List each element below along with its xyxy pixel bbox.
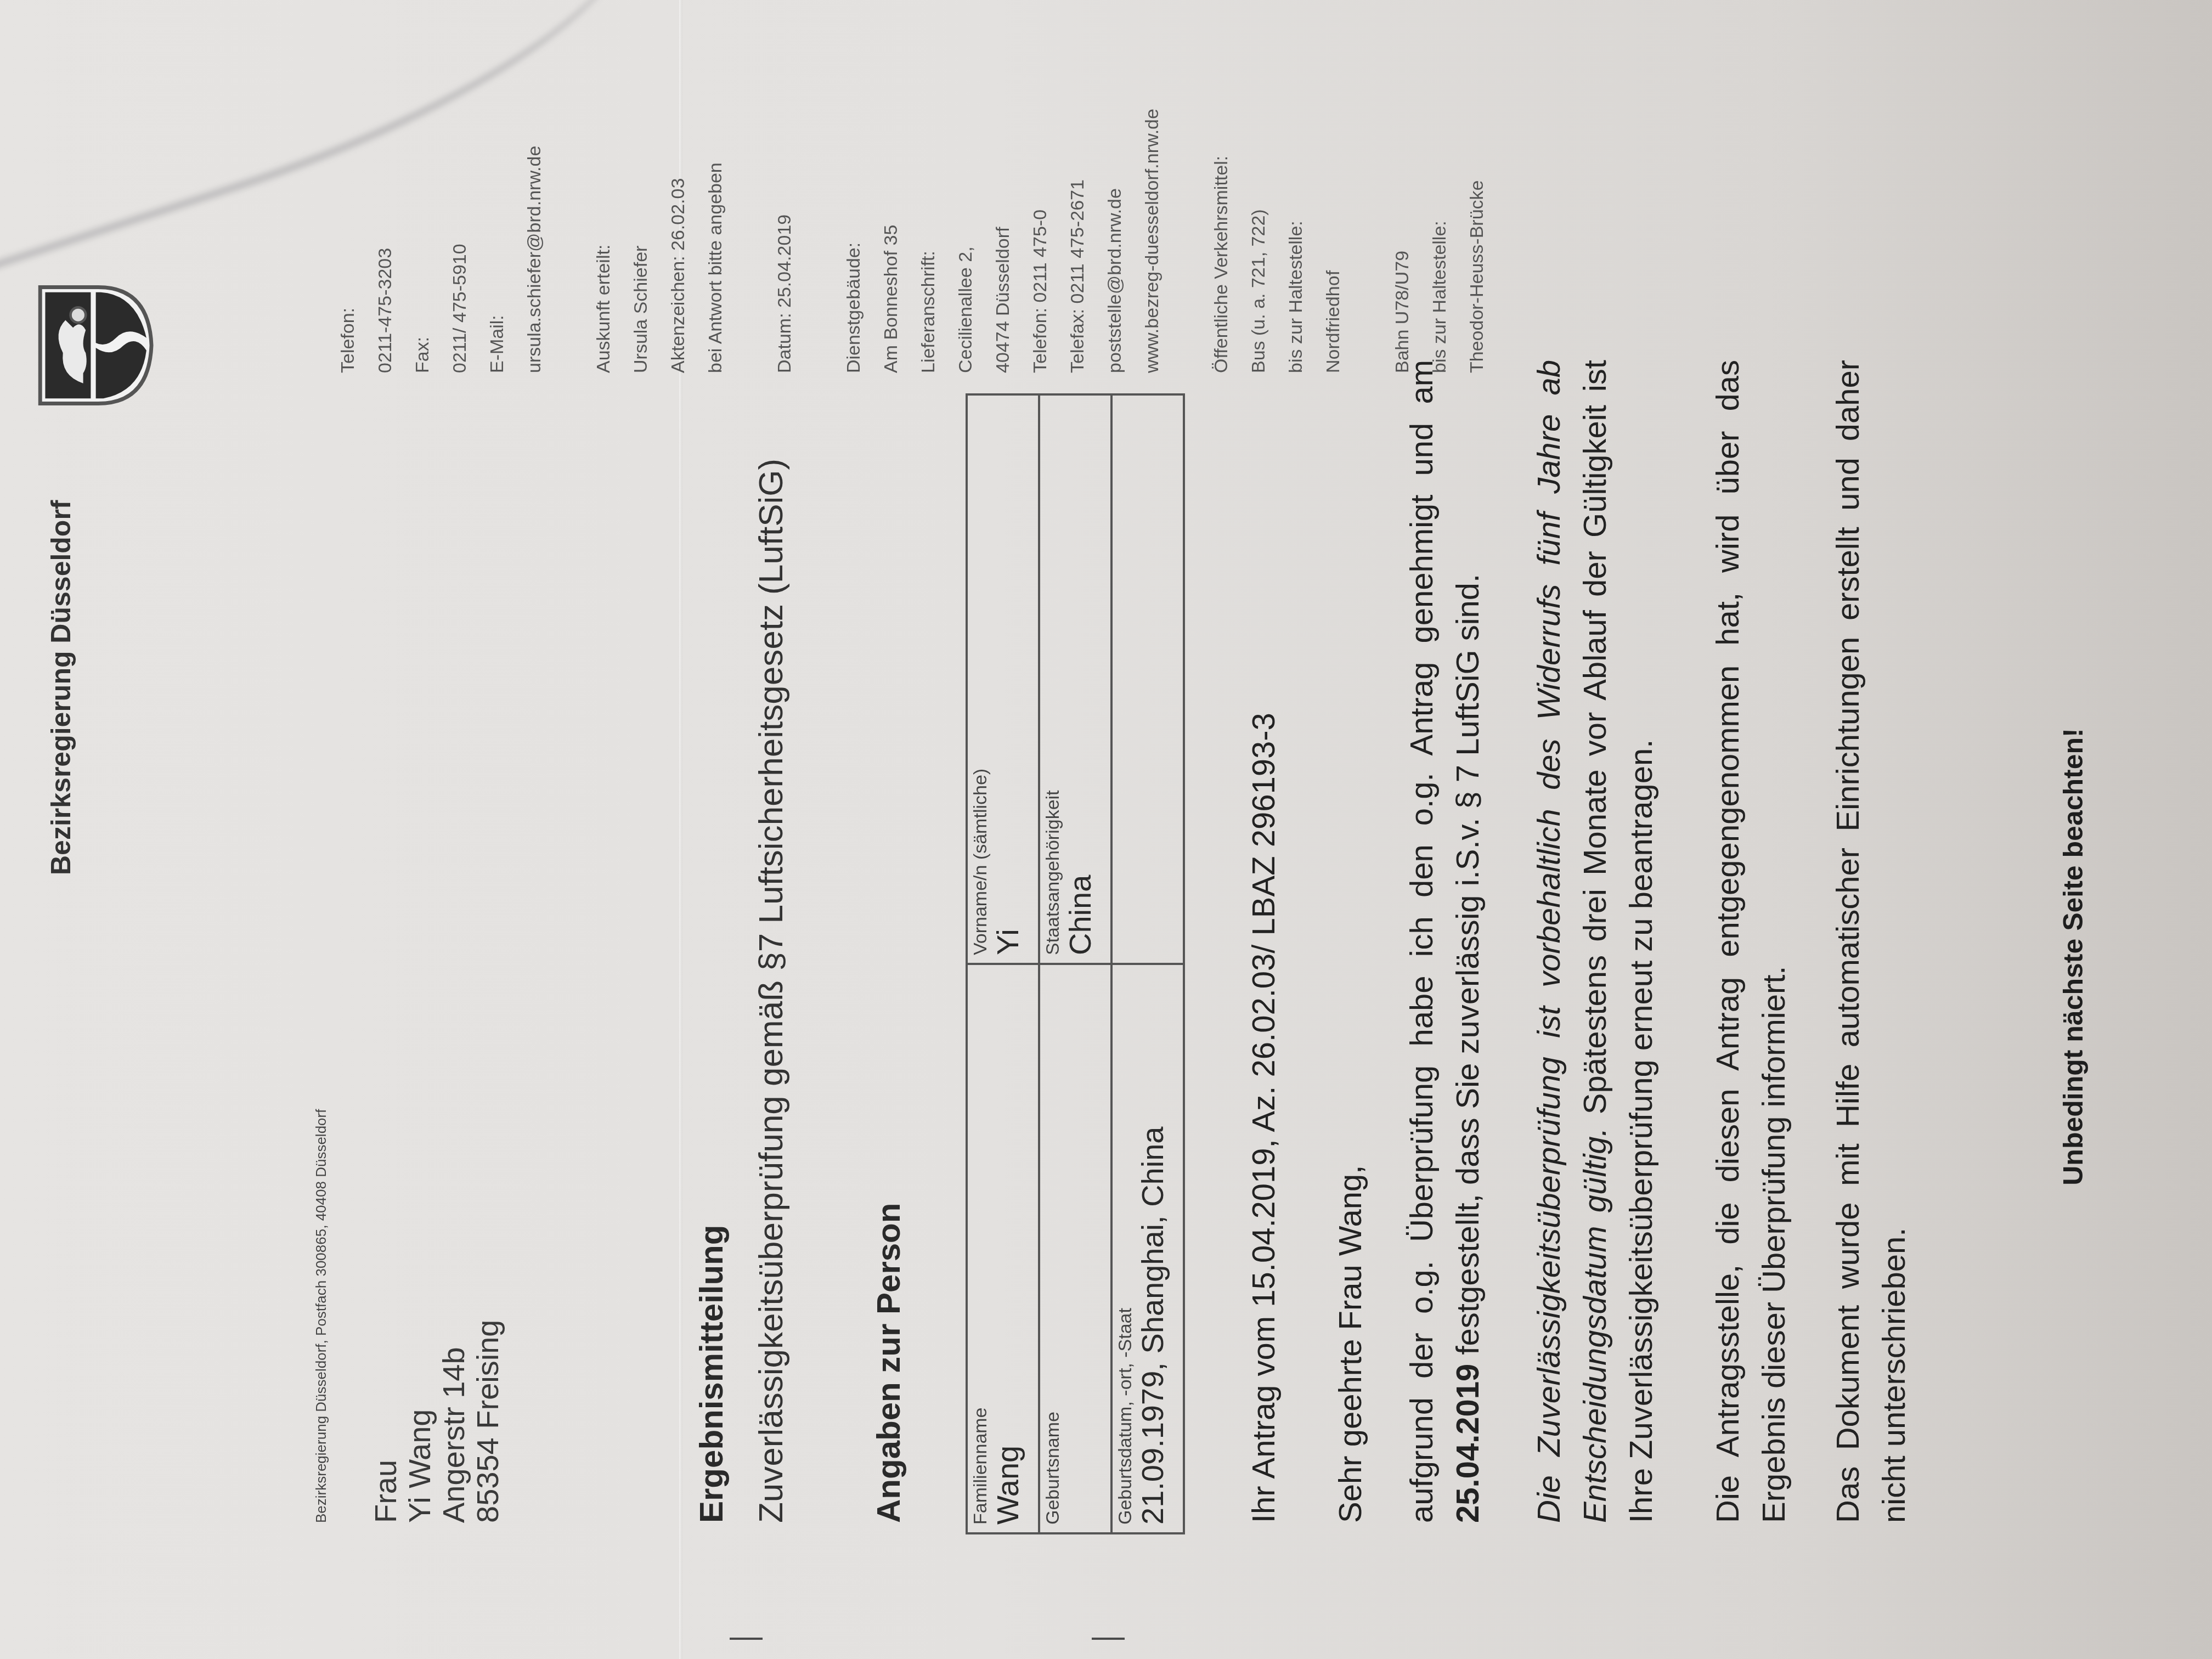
email-label: E-Mail: — [478, 109, 516, 373]
info-person: Ursula Schiefer — [622, 109, 659, 373]
decision-date: 25.04.2019 — [1450, 1364, 1486, 1523]
letter-page: Bezirksregierung Düsseldorf Bezirksregie… — [0, 0, 2212, 1659]
fax-label: Fax: — [404, 109, 441, 373]
person-table: FamiliennameWang Vorname/n (sämtliche)Yi… — [966, 393, 1185, 1534]
letter-date: Datum: 25.04.2019 — [766, 109, 803, 373]
building-address: Am Bonneshof 35 — [872, 109, 910, 373]
table-cell: StaatsangehörigkeitChina — [1039, 394, 1111, 964]
bus-stop-label: bis zur Haltestelle: — [1277, 109, 1314, 373]
table-cell: Vorname/n (sämtliche)Yi — [967, 394, 1039, 964]
contact-block: Telefon: 0211-475-3203 Fax: 0211/ 475-59… — [329, 109, 1496, 373]
recipient-street: Angerstr 14b — [437, 1320, 471, 1523]
train-stop: Theodor-Heuss-Brücke — [1458, 109, 1496, 373]
reference-line: Ihr Antrag vom 15.04.2019, Az. 26.02.03/… — [1241, 360, 1287, 1523]
transport-label: Öffentliche Verkehrsmittel: — [1203, 109, 1240, 373]
cell-value: Yi — [991, 403, 1024, 955]
office-email: poststelle@brd.nrw.de — [1096, 109, 1133, 373]
delivery-label: Lieferanschrift: — [910, 109, 947, 373]
sender-line: Bezirksregierung Düsseldorf, Postfach 30… — [313, 1109, 330, 1523]
train-lines: Bahn U78/U79 — [1384, 109, 1421, 373]
table-cell — [1111, 394, 1184, 964]
table-row: Geburtsname StaatsangehörigkeitChina — [1039, 394, 1111, 1533]
office-phone: Telefon: 0211 475-0 — [1022, 109, 1059, 373]
section-title: Angaben zur Person — [870, 1203, 907, 1523]
paragraph-validity: Die Zuverlässigkeitsüberprüfung ist vorb… — [1526, 360, 1664, 1523]
office-fax: Telefax: 0211 475-2671 — [1059, 109, 1096, 373]
bus-stop: Nordfriedhof — [1314, 109, 1352, 373]
paragraph-notification: Die Antragsstelle, die diesen Antrag ent… — [1705, 360, 1797, 1523]
table-cell: Geburtsdatum, -ort, -Staat21.09.1979, Sh… — [1111, 964, 1184, 1533]
paragraph-automatic: Das Dokument wurde mit Hilfe automatisch… — [1825, 360, 1917, 1523]
cell-label: Staatsangehörigkeit — [1042, 403, 1064, 955]
cell-value: China — [1064, 403, 1097, 955]
table-row: FamiliennameWang Vorname/n (sämtliche)Yi — [967, 394, 1039, 1533]
bus-lines: Bus (u. a. 721, 722) — [1240, 109, 1277, 373]
building-label: Dienstgebäude: — [835, 109, 872, 373]
recipient-name: Yi Wang — [403, 1320, 437, 1523]
footer-note: Unbedingt nächste Seite beachten! — [2057, 255, 2089, 1659]
paragraph-approval: aufgrund der o.g. Überprüfung habe ich d… — [1399, 360, 1491, 1523]
delivery-street: Cecilienallee 2, — [947, 109, 984, 373]
table-cell: Geburtsname — [1039, 964, 1111, 1533]
para1-text-end: festgestellt, dass Sie zuverlässig i.S.v… — [1450, 574, 1486, 1364]
nrw-coat-of-arms-icon — [35, 282, 155, 409]
cell-value: 21.09.1979, Shanghai, China — [1136, 973, 1169, 1525]
phone-value: 0211-475-3203 — [366, 109, 404, 373]
reference-number: Aktenzeichen: 26.02.03 — [659, 109, 697, 373]
cell-label: Geburtsname — [1042, 973, 1064, 1525]
info-label: Auskunft erteilt: — [585, 109, 622, 373]
recipient-address: Frau Yi Wang Angerstr 14b 85354 Freising — [369, 1320, 505, 1523]
recipient-salutation: Frau — [369, 1320, 403, 1523]
phone-label: Telefon: — [329, 109, 366, 373]
reference-note: bei Antwort bitte angeben — [697, 109, 734, 373]
organization-title: Bezirksregierung Düsseldorf — [45, 500, 77, 875]
document-title: Ergebnismitteilung — [692, 1225, 730, 1523]
table-cell: FamiliennameWang — [967, 964, 1039, 1533]
fax-value: 0211/ 475-5910 — [441, 109, 478, 373]
cell-label: Vorname/n (sämtliche) — [970, 403, 991, 955]
table-row: Geburtsdatum, -ort, -Staat21.09.1979, Sh… — [1111, 394, 1184, 1533]
document-subtitle: Zuverlässigkeitsüberprüfung gemäß §7 Luf… — [752, 459, 791, 1523]
para1-text: aufgrund der o.g. Überprüfung habe ich d… — [1404, 360, 1440, 1523]
train-stop-label: bis zur Haltestelle: — [1421, 109, 1458, 373]
cell-value: Wang — [991, 973, 1024, 1525]
cell-label: Geburtsdatum, -ort, -Staat — [1115, 973, 1136, 1525]
cell-label: Familienname — [970, 973, 991, 1525]
greeting: Sehr geehrte Frau Wang, — [1328, 360, 1374, 1523]
office-website: www.bezreg-duesseldorf.nrw.de — [1133, 109, 1171, 373]
email-value: ursula.schiefer@brd.nrw.de — [516, 109, 553, 373]
delivery-city: 40474 Düsseldorf — [984, 109, 1022, 373]
recipient-city: 85354 Freising — [471, 1320, 505, 1523]
